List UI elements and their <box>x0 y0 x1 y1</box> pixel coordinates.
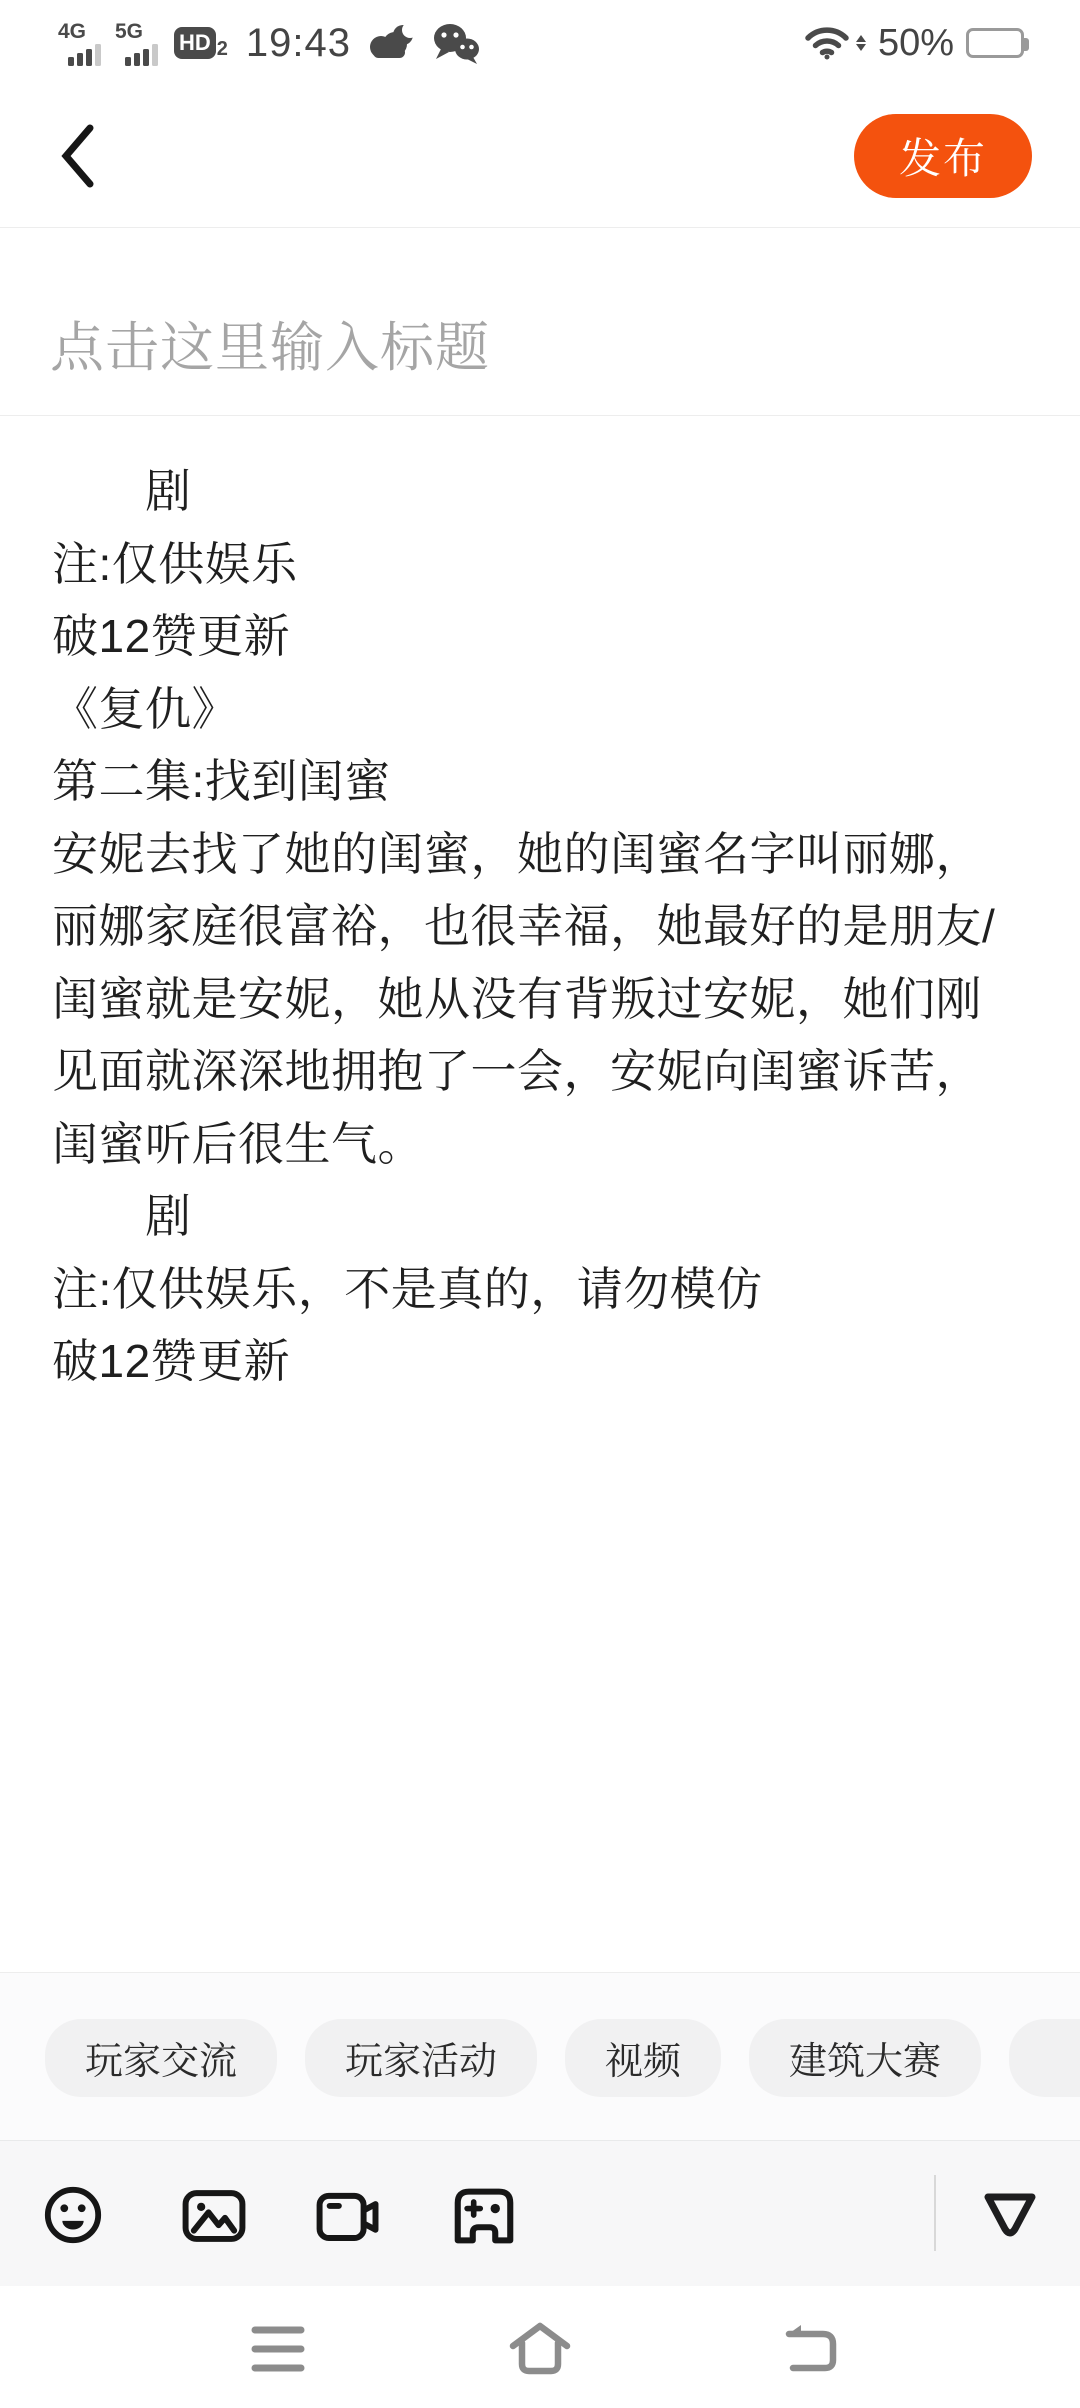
signal-4g-icon: 4G <box>58 21 101 66</box>
toolbar-divider <box>934 2175 936 2251</box>
body-text-line: 剧 <box>52 1180 1066 1253</box>
home-icon[interactable] <box>505 2320 575 2378</box>
tag-chip[interactable]: 视频 <box>565 2019 721 2097</box>
tag-chip[interactable]: 玩家活动 <box>305 2019 537 2097</box>
body-text-line: 丽娜家庭很富裕，也很幸福，她最好的是朋友/ <box>52 890 1066 963</box>
body-text-line: 剧 <box>52 455 1066 528</box>
body-text-line: 破12赞更新 <box>52 1325 1066 1398</box>
editor-toolbar <box>0 2140 1080 2286</box>
body-text-line: 注:仅供娱乐 <box>52 528 1066 601</box>
weather-cloud-icon <box>365 23 417 63</box>
tag-chip[interactable]: 玩家交流 <box>45 2019 277 2097</box>
clock-time: 19:43 <box>246 21 351 66</box>
network-label: 5G <box>115 21 143 42</box>
title-input[interactable]: 点击这里输入标题 <box>0 229 1080 416</box>
body-text-line: 第二集:找到闺蜜 <box>52 745 1066 818</box>
body-text-line: 闺蜜就是安妮，她从没有背叛过安妮，她们刚 <box>52 963 1066 1036</box>
wechat-icon <box>431 22 481 64</box>
battery-icon <box>966 28 1024 58</box>
system-navbar <box>0 2286 1080 2408</box>
body-text-line: 见面就深深地拥抱了一会，安妮向闺蜜诉苦， <box>52 1035 1066 1108</box>
body-text-line: 注:仅供娱乐，不是真的，请勿模仿 <box>52 1253 1066 1326</box>
video-icon[interactable] <box>315 2188 381 2244</box>
tag-chips-row[interactable]: 玩家交流玩家活动视频建筑大赛 <box>0 1972 1080 2140</box>
wifi-icon <box>804 24 850 62</box>
image-icon[interactable] <box>181 2188 247 2244</box>
status-left-cluster: 4G 5G HD 2 19:43 <box>58 21 481 66</box>
body-editor[interactable]: 剧注:仅供娱乐破12赞更新《复仇》第二集:找到闺蜜安妮去找了她的闺蜜，她的闺蜜名… <box>0 417 1080 1972</box>
emoji-icon[interactable] <box>42 2184 104 2246</box>
status-right-cluster: 50% <box>804 22 1024 65</box>
body-text-line: 破12赞更新 <box>52 600 1066 673</box>
network-label: 4G <box>58 21 86 42</box>
data-transfer-arrows-icon <box>856 35 866 51</box>
body-text-line: 闺蜜听后很生气。 <box>52 1108 1066 1181</box>
back-icon[interactable] <box>775 2320 845 2378</box>
tag-chip[interactable]: 建筑大赛 <box>749 2019 981 2097</box>
recents-icon[interactable] <box>243 2320 313 2378</box>
signal-5g-icon: 5G <box>115 21 158 66</box>
collapse-triangle-icon[interactable] <box>980 2191 1040 2239</box>
game-icon[interactable] <box>452 2186 516 2246</box>
body-text-line: 《复仇》 <box>52 673 1066 746</box>
title-placeholder: 点击这里输入标题 <box>50 305 490 382</box>
body-text-line: 安妮去找了她的闺蜜，她的闺蜜名字叫丽娜， <box>52 818 1066 891</box>
battery-percent: 50% <box>878 22 954 65</box>
tag-chip-partial[interactable] <box>1009 2019 1080 2097</box>
editor-header: 发布 <box>0 80 1080 228</box>
publish-button[interactable]: 发布 <box>854 114 1032 198</box>
volte-hd-icon: HD 2 <box>174 27 228 59</box>
post-editor-screen: 4G 5G HD 2 19:43 <box>0 0 1080 2408</box>
status-bar: 4G 5G HD 2 19:43 <box>0 0 1080 80</box>
back-button[interactable] <box>50 122 106 190</box>
